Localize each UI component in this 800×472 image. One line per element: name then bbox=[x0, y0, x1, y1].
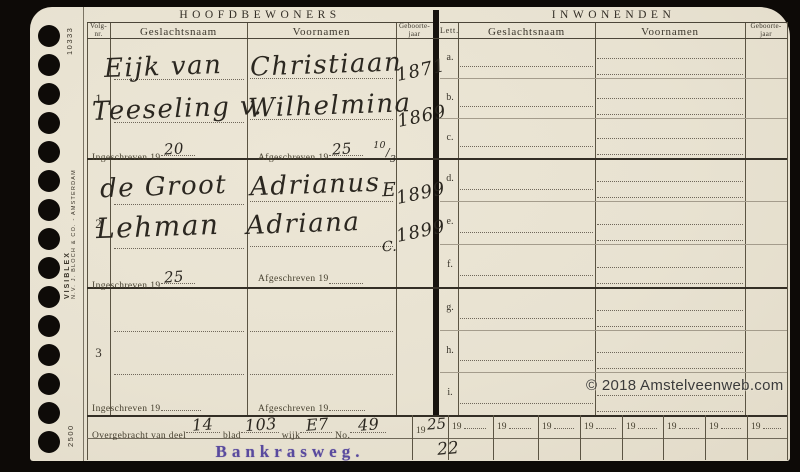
year-prefix: 19 bbox=[452, 422, 462, 432]
year-cell: 19 bbox=[542, 419, 578, 438]
punch-hole bbox=[38, 83, 60, 105]
ingeschreven-label: Ingeschreven 19 bbox=[92, 404, 161, 414]
year-cell: 19 bbox=[626, 419, 661, 438]
inwonenden-row: c. bbox=[440, 118, 787, 158]
writing-line bbox=[597, 57, 743, 59]
ingeschreven-year-value: 20 bbox=[163, 139, 184, 158]
inwonenden-row: e. bbox=[440, 201, 787, 244]
hoofdbewoners-title: HOOFDBEWONERS bbox=[87, 9, 433, 21]
writing-line bbox=[114, 247, 244, 249]
inwonenden-title: INWONENDEN bbox=[440, 9, 787, 21]
grid-line bbox=[747, 415, 748, 460]
writing-line bbox=[597, 180, 743, 182]
afgeschreven-label: Afgeschreven 19 bbox=[258, 274, 329, 284]
writing-line bbox=[460, 317, 593, 319]
punch-hole bbox=[38, 141, 60, 163]
inwonenden-row: g. bbox=[440, 287, 787, 330]
writing-line bbox=[597, 325, 743, 327]
column-header-voornamen-right: Voornamen bbox=[595, 26, 745, 38]
firstname-entry: Adriana bbox=[246, 207, 361, 241]
surname-entry: Eijk van bbox=[104, 50, 223, 84]
punch-hole bbox=[38, 170, 60, 192]
writing-line bbox=[597, 266, 743, 268]
afgeschreven-label: Afgeschreven 19 bbox=[258, 404, 329, 414]
grid-line bbox=[83, 7, 84, 461]
no-label: No. bbox=[335, 431, 350, 441]
writing-line bbox=[597, 309, 743, 311]
card-stock-number-bottom: 2500 bbox=[66, 424, 75, 447]
column-header-lett: Lett. bbox=[440, 26, 458, 35]
date-denominator: 3 bbox=[390, 154, 396, 165]
row-letter: g. bbox=[440, 302, 460, 313]
writing-line bbox=[114, 373, 244, 375]
writing-line bbox=[460, 145, 593, 147]
writing-line bbox=[460, 274, 593, 276]
ingeschreven-label: Ingeschreven 19 bbox=[92, 153, 161, 163]
brand-name: VISIBLEX bbox=[64, 169, 71, 299]
grid-line bbox=[663, 415, 664, 460]
ingeschreven-row: Ingeschreven 19 bbox=[92, 401, 201, 414]
year-cell: 19 bbox=[709, 419, 745, 438]
grid-line bbox=[538, 415, 539, 460]
deel-value: 14 bbox=[192, 414, 214, 434]
column-header-volgnr: Volg- nr. bbox=[87, 23, 110, 38]
writing-line bbox=[597, 97, 743, 99]
row-number: 3 bbox=[87, 345, 110, 361]
afgeschreven-date: 10/3 bbox=[373, 146, 396, 159]
copyright-watermark: © 2018 Amstelveenweb.com bbox=[586, 377, 784, 394]
writing-line bbox=[114, 330, 244, 332]
ingeschreven-year-value: 25 bbox=[163, 267, 184, 286]
year-prefix: 19 bbox=[626, 422, 636, 432]
writing-line bbox=[597, 239, 743, 241]
year-prefix: 19 bbox=[709, 422, 719, 432]
street-name-stamp: Bankrasweg. bbox=[170, 442, 410, 462]
year-cell: 19 bbox=[751, 419, 785, 438]
card-stock-number-top: 10333 bbox=[65, 27, 74, 55]
column-header-voornamen-left: Voornamen bbox=[247, 26, 396, 38]
afgeschreven-row: Afgeschreven 19 bbox=[258, 274, 363, 284]
writing-line bbox=[250, 330, 393, 332]
punch-hole bbox=[38, 344, 60, 366]
firstname-entry: Wilhelmina bbox=[248, 88, 413, 124]
surname-entry: Teeseling v. bbox=[92, 91, 264, 127]
grid-line bbox=[787, 22, 788, 460]
row-letter: a. bbox=[440, 52, 460, 63]
year-value: 25 bbox=[426, 414, 446, 433]
inwonenden-row: d. bbox=[440, 158, 787, 201]
writing-line bbox=[597, 223, 743, 225]
year-cell: 19 bbox=[497, 419, 537, 438]
writing-line bbox=[597, 196, 743, 198]
writing-line bbox=[597, 367, 743, 369]
column-header-geboortejaar-right: Geboorte- jaar bbox=[745, 23, 787, 38]
year-prefix: 19 bbox=[542, 422, 552, 432]
no-value: 49 bbox=[358, 414, 380, 434]
afgeschreven-year-value: 25 bbox=[331, 139, 352, 158]
row-letter: h. bbox=[440, 345, 460, 356]
punch-hole bbox=[38, 228, 60, 250]
brand-subtitle: N.V. J. BLOCH & CO. - AMSTERDAM bbox=[71, 169, 78, 299]
punch-hole bbox=[38, 25, 60, 47]
afgeschreven-label: Afgeschreven 19 bbox=[258, 153, 329, 163]
writing-line bbox=[460, 359, 593, 361]
year-cell: 19 bbox=[584, 419, 620, 438]
writing-line bbox=[597, 410, 743, 412]
writing-line bbox=[114, 203, 244, 205]
column-header-geboortejaar-left: Geboorte- jaar bbox=[396, 23, 433, 38]
writing-line bbox=[597, 282, 743, 284]
row-letter: i. bbox=[440, 387, 460, 398]
date-numerator: 10 bbox=[373, 140, 385, 151]
population-register-card: 10333 VISIBLEX N.V. J. BLOCH & CO. - AMS… bbox=[30, 7, 790, 461]
grid-line bbox=[493, 415, 494, 460]
grid-line bbox=[705, 415, 706, 460]
punch-hole bbox=[38, 112, 60, 134]
punch-hole bbox=[38, 431, 60, 453]
row-letter: e. bbox=[440, 216, 460, 227]
punch-hole bbox=[38, 257, 60, 279]
year-prefix: 19 bbox=[667, 422, 677, 432]
house-number: 22 bbox=[425, 437, 471, 461]
wijk-value: E7 bbox=[306, 414, 330, 435]
grid-line bbox=[87, 22, 88, 460]
year-cell: 1925 bbox=[416, 419, 446, 438]
writing-line bbox=[597, 351, 743, 353]
writing-line bbox=[597, 394, 743, 396]
writing-line bbox=[460, 402, 593, 404]
column-header-volgnr-line2: nr. bbox=[94, 30, 102, 38]
afgeschreven-row: Afgeschreven 19 bbox=[258, 401, 365, 414]
row-letter: b. bbox=[440, 92, 460, 103]
overgebracht-label: Overgebracht van deel bbox=[92, 431, 186, 441]
grid-line bbox=[622, 415, 623, 460]
year-prefix: 19 bbox=[416, 426, 426, 436]
row-letter: f. bbox=[440, 259, 460, 270]
grid-line bbox=[580, 415, 581, 460]
year-cell: 19 bbox=[667, 419, 703, 438]
writing-line bbox=[460, 65, 593, 67]
firstname-entry: Adrianus bbox=[250, 168, 381, 203]
writing-line bbox=[250, 245, 393, 247]
blad-value: 103 bbox=[244, 414, 277, 435]
writing-line bbox=[460, 188, 593, 190]
blad-label: blad bbox=[223, 431, 241, 441]
writing-line bbox=[597, 73, 743, 75]
firstname-entry: Christiaan bbox=[250, 47, 403, 82]
geboortejaar-line2: jaar bbox=[760, 30, 772, 38]
inwonenden-row: b. bbox=[440, 78, 787, 118]
inwonenden-row: f. bbox=[440, 244, 787, 287]
wijk-label: wijk bbox=[282, 431, 301, 441]
grid-line bbox=[87, 22, 433, 23]
ingeschreven-row: Ingeschreven 1925 bbox=[92, 274, 195, 291]
punch-hole bbox=[38, 54, 60, 76]
year-prefix: 19 bbox=[584, 422, 594, 432]
row-letter: c. bbox=[440, 132, 460, 143]
writing-line bbox=[597, 153, 743, 155]
inwonenden-row: h. bbox=[440, 330, 787, 372]
surname-entry: de Groot bbox=[100, 170, 228, 204]
inwonenden-row: a. bbox=[440, 38, 787, 78]
year-prefix: 19 bbox=[751, 422, 761, 432]
overgebracht-row: Overgebracht van deel14 blad103 wijkE7 N… bbox=[92, 423, 410, 441]
grid-line bbox=[412, 415, 413, 460]
column-header-geslachtsnaam-left: Geslachtsnaam bbox=[110, 26, 247, 38]
writing-line bbox=[250, 373, 393, 375]
column-header-geslachtsnaam-right: Geslachtsnaam bbox=[458, 26, 595, 38]
punch-hole bbox=[38, 402, 60, 424]
manufacturer-imprint: VISIBLEX N.V. J. BLOCH & CO. - AMSTERDAM bbox=[64, 169, 78, 299]
ingeschreven-label: Ingeschreven 19 bbox=[92, 281, 161, 291]
surname-entry: Lehman bbox=[95, 208, 220, 245]
year-prefix: 19 bbox=[497, 422, 507, 432]
geboortejaar-line2: jaar bbox=[409, 30, 421, 38]
writing-line bbox=[597, 137, 743, 139]
punch-hole bbox=[38, 286, 60, 308]
year-cell: 19 bbox=[452, 419, 492, 438]
firstname-suffix: C. bbox=[382, 239, 397, 256]
writing-line bbox=[460, 105, 593, 107]
row-letter: d. bbox=[440, 173, 460, 184]
afgeschreven-row: Afgeschreven 1925 10/3 bbox=[258, 146, 388, 166]
punch-hole bbox=[38, 373, 60, 395]
punch-hole bbox=[38, 315, 60, 337]
writing-line bbox=[460, 231, 593, 233]
grid-line bbox=[440, 22, 787, 23]
ingeschreven-row: Ingeschreven 1920 bbox=[92, 146, 195, 163]
writing-line bbox=[597, 113, 743, 115]
punch-hole bbox=[38, 199, 60, 221]
